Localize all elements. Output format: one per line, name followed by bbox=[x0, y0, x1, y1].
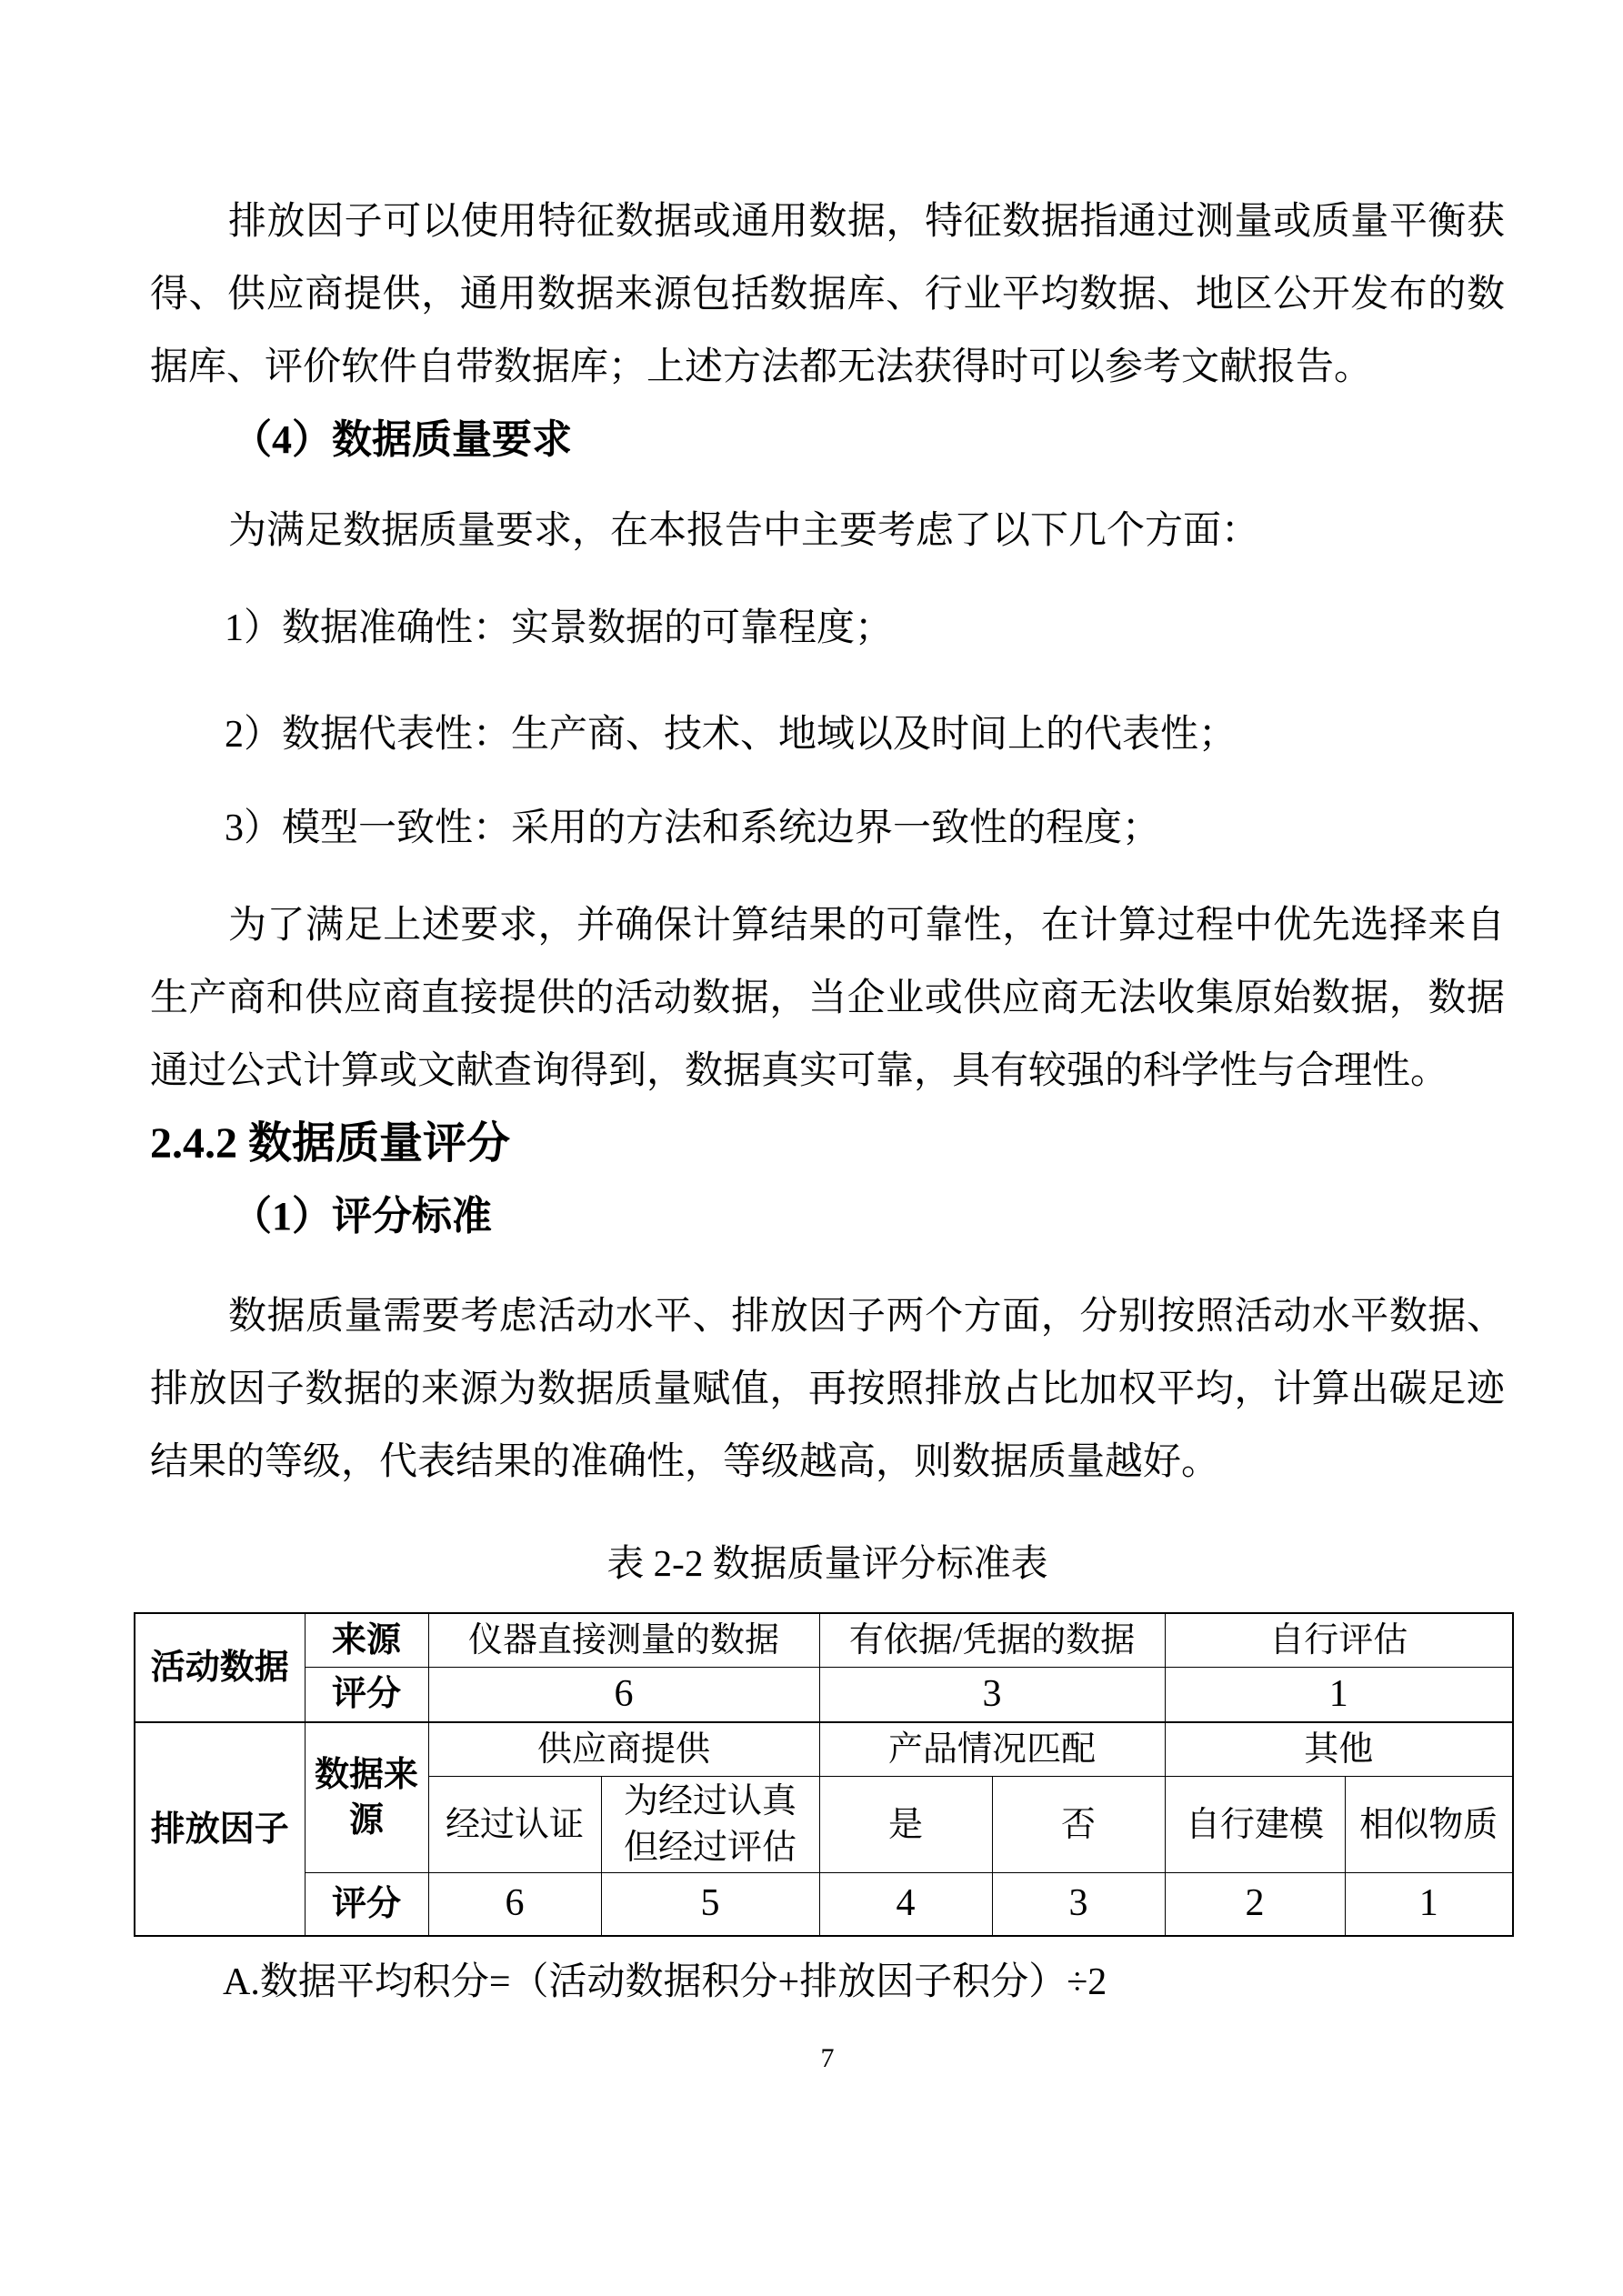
cell-emission-score-3: 4 bbox=[819, 1872, 992, 1936]
table-row: 评分 6 3 1 bbox=[135, 1667, 1513, 1722]
cell-group-other: 其他 bbox=[1165, 1722, 1513, 1777]
document-page: 排放因子可以使用特征数据或通用数据，特征数据指通过测量或质量平衡获得、供应商提供… bbox=[0, 0, 1623, 2296]
cell-emission-score-label: 评分 bbox=[305, 1872, 428, 1936]
cell-emission-source-label: 数据来源 bbox=[305, 1722, 428, 1872]
cell-activity-source-measured: 仪器直接测量的数据 bbox=[428, 1613, 819, 1667]
cell-activity-source-documented: 有依据/凭据的数据 bbox=[819, 1613, 1165, 1667]
heading-scoring-standard: （1）评分标准 bbox=[150, 1180, 1505, 1253]
table-row: 活动数据 来源 仪器直接测量的数据 有依据/凭据的数据 自行评估 bbox=[135, 1613, 1513, 1667]
formula-average-score: A.数据平均积分=（活动数据积分+排放因子积分）÷2 bbox=[150, 1946, 1505, 2019]
list-item-representativeness: 2）数据代表性：生产商、技术、地域以及时间上的代表性； bbox=[150, 698, 1505, 771]
paragraph-aspects-intro: 为满足数据质量要求，在本报告中主要考虑了以下几个方面： bbox=[150, 495, 1505, 567]
cell-subtype-assessed: 为经过认真但经过评估 bbox=[601, 1777, 819, 1872]
cell-emission-factor-header: 排放因子 bbox=[135, 1722, 305, 1936]
paragraph-reliability: 为了满足上述要求，并确保计算结果的可靠性，在计算过程中优先选择来自生产商和供应商… bbox=[150, 889, 1505, 1108]
cell-emission-score-6: 1 bbox=[1345, 1872, 1513, 1936]
page-number: 7 bbox=[150, 2031, 1505, 2086]
cell-subtype-no: 否 bbox=[992, 1777, 1165, 1872]
cell-emission-score-4: 3 bbox=[992, 1872, 1165, 1936]
paragraph-emission-factor-sources: 排放因子可以使用特征数据或通用数据，特征数据指通过测量或质量平衡获得、供应商提供… bbox=[150, 185, 1505, 404]
cell-emission-score-2: 5 bbox=[601, 1872, 819, 1936]
cell-source-label: 来源 bbox=[305, 1613, 428, 1667]
data-quality-score-table: 活动数据 来源 仪器直接测量的数据 有依据/凭据的数据 自行评估 评分 6 3 … bbox=[134, 1612, 1514, 1937]
cell-activity-score-measured: 6 bbox=[428, 1667, 819, 1722]
cell-emission-score-5: 2 bbox=[1165, 1872, 1345, 1936]
table-caption: 表 2-2 数据质量评分标准表 bbox=[150, 1527, 1505, 1599]
cell-activity-data-header: 活动数据 bbox=[135, 1613, 305, 1722]
cell-subtype-certified: 经过认证 bbox=[428, 1777, 601, 1872]
cell-subtype-self-modeled: 自行建模 bbox=[1165, 1777, 1345, 1872]
cell-group-product-match: 产品情况匹配 bbox=[819, 1722, 1165, 1777]
list-item-model-consistency: 3）模型一致性：采用的方法和系统边界一致性的程度； bbox=[150, 792, 1505, 865]
cell-subtype-yes: 是 bbox=[819, 1777, 992, 1872]
table-row: 排放因子 数据来源 供应商提供 产品情况匹配 其他 bbox=[135, 1722, 1513, 1777]
cell-activity-score-documented: 3 bbox=[819, 1667, 1165, 1722]
paragraph-scoring-method: 数据质量需要考虑活动水平、排放因子两个方面，分别按照活动水平数据、排放因子数据的… bbox=[150, 1280, 1505, 1499]
cell-activity-source-self-assessed: 自行评估 bbox=[1165, 1613, 1513, 1667]
cell-activity-score-label: 评分 bbox=[305, 1667, 428, 1722]
heading-data-quality-requirements: （4）数据质量要求 bbox=[150, 404, 1505, 476]
list-item-accuracy: 1）数据准确性：实景数据的可靠程度； bbox=[150, 592, 1505, 665]
cell-subtype-similar-substance: 相似物质 bbox=[1345, 1777, 1513, 1872]
cell-emission-score-1: 6 bbox=[428, 1872, 601, 1936]
table-row: 评分 6 5 4 3 2 1 bbox=[135, 1872, 1513, 1936]
heading-section-2-4-2: 2.4.2 数据质量评分 bbox=[150, 1108, 1505, 1180]
cell-group-supplier-provided: 供应商提供 bbox=[428, 1722, 819, 1777]
cell-activity-score-self-assessed: 1 bbox=[1165, 1667, 1513, 1722]
